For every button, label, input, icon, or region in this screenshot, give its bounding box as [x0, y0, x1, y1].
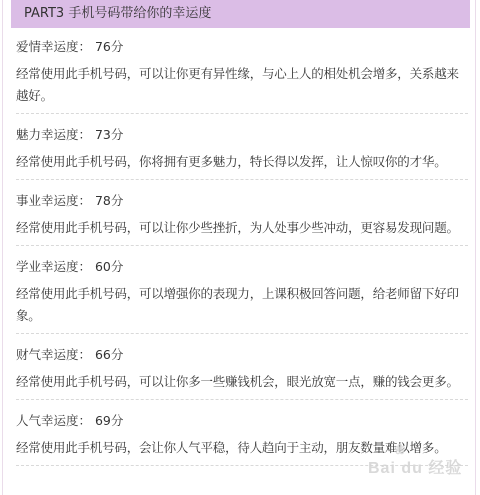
item-title: 魅力幸运度： 73分	[16, 122, 468, 144]
item-title: 事业幸运度： 78分	[16, 188, 468, 210]
luck-item-wealth: 财气幸运度： 66分 经常使用此手机号码，可以让你多一些赚钱机会，眼光放宽一点，…	[16, 342, 468, 400]
luck-item-popularity: 人气幸运度： 69分 经常使用此手机号码，会让你人气平稳，待人趋向于主动，朋友数…	[16, 408, 468, 466]
item-title: 财气幸运度： 66分	[16, 342, 468, 364]
item-title: 人气幸运度： 69分	[16, 408, 468, 430]
item-description: 经常使用此手机号码，会让你人气平稳，待人趋向于主动，朋友数量难以增多。	[16, 437, 468, 459]
section-title: PART3 手机号码带给你的幸运度	[24, 6, 211, 21]
item-title: 爱情幸运度： 76分	[16, 34, 468, 56]
item-description: 经常使用此手机号码，可以让你多一些赚钱机会，眼光放宽一点，赚的钱会更多。	[16, 371, 468, 393]
luck-item-study: 学业幸运度： 60分 经常使用此手机号码，可以增强你的表现力，上课积极回答问题，…	[16, 254, 468, 334]
item-description: 经常使用此手机号码，可以让你少些挫折，为人处事少些冲动，更容易发现问题。	[16, 217, 468, 239]
section-header: PART3 手机号码带给你的幸运度	[11, 0, 470, 28]
item-description: 经常使用此手机号码，可以让你更有异性缘，与心上人的相处机会增多，关系越来越好。	[16, 63, 468, 107]
luck-list: 爱情幸运度： 76分 经常使用此手机号码，可以让你更有异性缘，与心上人的相处机会…	[16, 34, 468, 474]
item-description: 经常使用此手机号码，你将拥有更多魅力，特长得以发挥，让人惊叹你的才华。	[16, 151, 468, 173]
luck-item-career: 事业幸运度： 78分 经常使用此手机号码，可以让你少些挫折，为人处事少些冲动，更…	[16, 188, 468, 246]
luck-item-charm: 魅力幸运度： 73分 经常使用此手机号码，你将拥有更多魅力，特长得以发挥，让人惊…	[16, 122, 468, 180]
item-title: 学业幸运度： 60分	[16, 254, 468, 276]
luck-item-love: 爱情幸运度： 76分 经常使用此手机号码，可以让你更有异性缘，与心上人的相处机会…	[16, 34, 468, 114]
item-description: 经常使用此手机号码，可以增强你的表现力，上课积极回答问题，给老师留下好印象。	[16, 283, 468, 327]
